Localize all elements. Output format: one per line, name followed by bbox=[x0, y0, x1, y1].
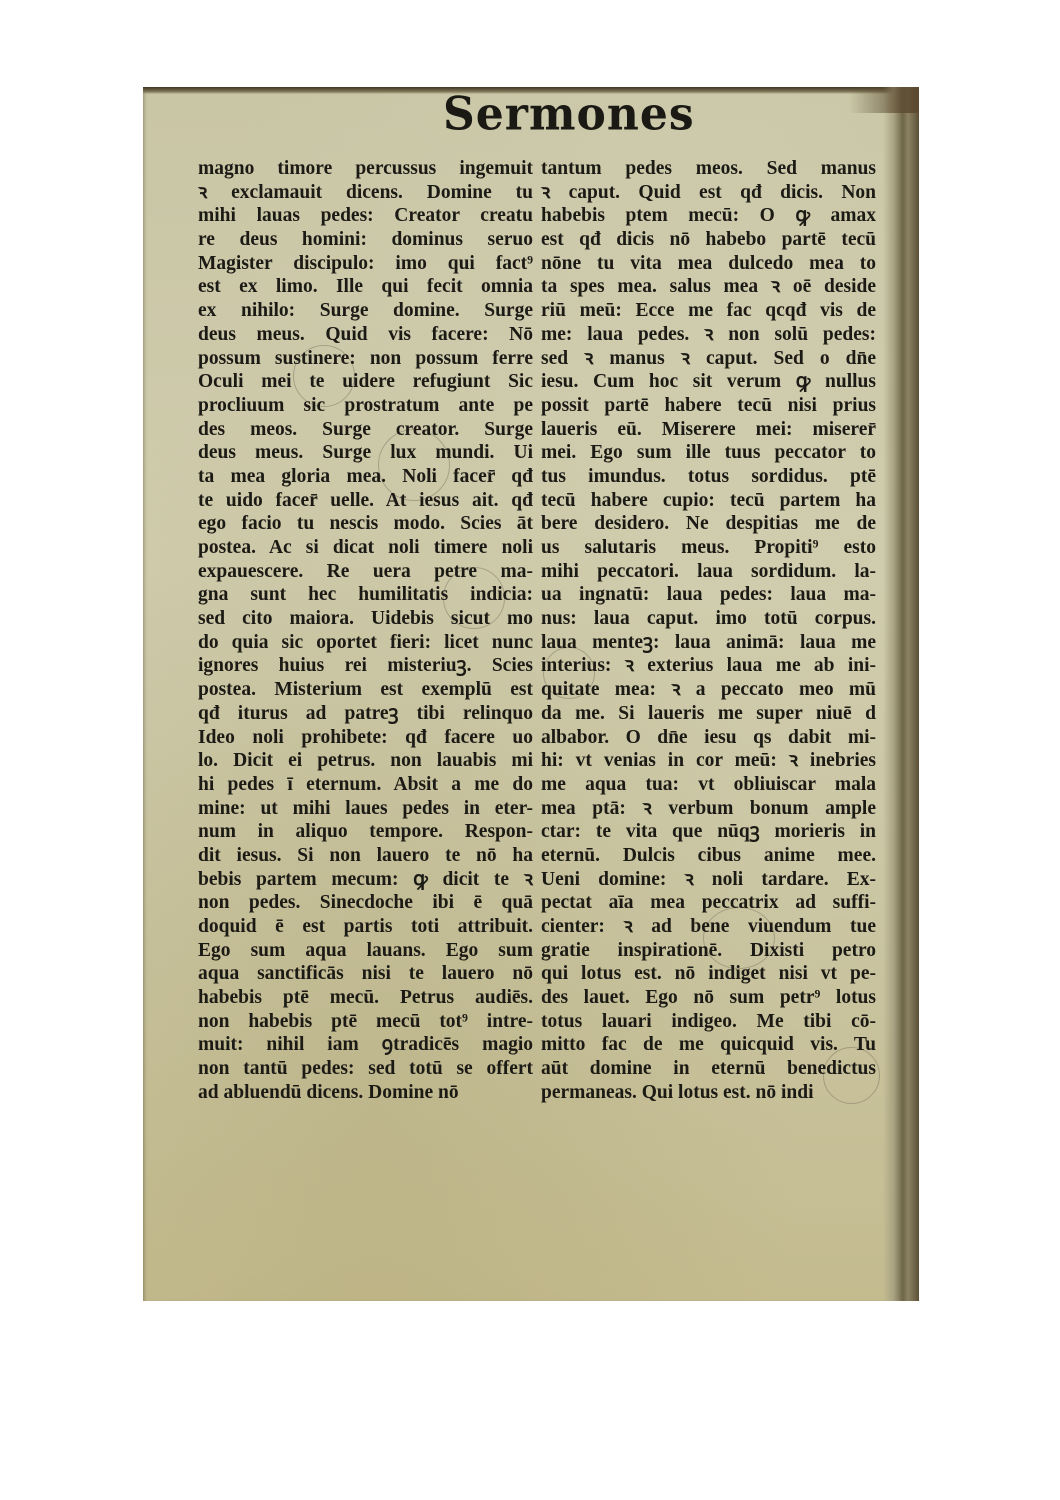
text-line: des meos. Surge creator. Surge bbox=[198, 418, 533, 442]
text-line: laueris eū. Miserere mei: miserer̄ bbox=[541, 418, 876, 442]
text-line: do quia sic oportet fieri: licet nunc bbox=[198, 631, 533, 655]
text-line: sed ꝛ manus ꝛ caput. Sed o dn̄e bbox=[541, 347, 876, 371]
text-line: nōne tu vita mea dulcedo mea to bbox=[541, 252, 876, 276]
text-line: Ego sum aqua lauans. Ego sum bbox=[198, 939, 533, 963]
text-line: aqua sanctificās nisi te lauero nō bbox=[198, 962, 533, 986]
text-line: me aqua tua: vt obliuiscar mala bbox=[541, 773, 876, 797]
text-line: gratie inspirationē. Dixisti petro bbox=[541, 939, 876, 963]
text-line: mitto fac de me quicquid vis. Tu bbox=[541, 1033, 876, 1057]
text-line: permaneas. Qui lotus est. nō indi bbox=[541, 1081, 876, 1105]
text-line: cienter: ꝛ ad bene viuendum tue bbox=[541, 915, 876, 939]
text-line: non pedes. Sinecdoche ibi ē quā bbox=[198, 891, 533, 915]
text-line: non tantū pedes: sed totū se offert bbox=[198, 1057, 533, 1081]
text-line: ua ingnatū: laua pedes: laua ma- bbox=[541, 583, 876, 607]
text-line: mine: ut mihi laues pedes in eter- bbox=[198, 797, 533, 821]
text-line: qui lotus est. nō indiget nisi vt pe- bbox=[541, 962, 876, 986]
text-line: doquid ē est partis toti attribuit. bbox=[198, 915, 533, 939]
text-line: possum sustinere: non possum ferre bbox=[198, 347, 533, 371]
text-line: muit: nihil iam ꝯtradicēs magio bbox=[198, 1033, 533, 1057]
text-column-left: magno timore percussus ingemuit ꝛ exclam… bbox=[198, 157, 533, 1105]
text-line: ꝛ caput. Quid est qđ dicis. Non bbox=[541, 181, 876, 205]
text-line: deus meus. Quid vis facere: Nō bbox=[198, 323, 533, 347]
text-line: interius: ꝛ exterius laua me ab ini- bbox=[541, 654, 876, 678]
text-line: re deus homini: dominus seruo bbox=[198, 228, 533, 252]
text-line: mihi peccatori. laua sordidum. la- bbox=[541, 560, 876, 584]
text-line: hi pedes ī eternum. Absit a me do bbox=[198, 773, 533, 797]
text-line: ad abluendū dicens. Domine nō bbox=[198, 1081, 533, 1105]
text-line: lo. Dicit ei petrus. non lauabis mi bbox=[198, 749, 533, 773]
text-line: ꝛ exclamauit dicens. Domine tu bbox=[198, 181, 533, 205]
text-line: habebis ptem mecū: O ꝙ amax bbox=[541, 204, 876, 228]
text-line: riū meū: Ecce me fac qcqđ vis de bbox=[541, 299, 876, 323]
text-column-right: tantum pedes meos. Sed manus ꝛ caput. Qu… bbox=[541, 157, 876, 1105]
text-line: Oculi mei te uidere refugiunt Sic bbox=[198, 370, 533, 394]
text-line: est ex limo. Ille qui fecit omnia bbox=[198, 275, 533, 299]
text-line: procliuum sic prostratum ante pe bbox=[198, 394, 533, 418]
text-line: habebis ptē mecū. Petrus audiēs. bbox=[198, 986, 533, 1010]
text-line: mea ptā: ꝛ verbum bonum ample bbox=[541, 797, 876, 821]
text-line: eternū. Dulcis cibus anime mee. bbox=[541, 844, 876, 868]
text-line: te uido facer̄ uelle. At iesus ait. qđ bbox=[198, 489, 533, 513]
text-line: tantum pedes meos. Sed manus bbox=[541, 157, 876, 181]
text-line: des lauet. Ego nō sum petr⁹ lotus bbox=[541, 986, 876, 1010]
text-line: hi: vt venias in cor meū: ꝛ inebries bbox=[541, 749, 876, 773]
page-gutter-edge bbox=[883, 87, 919, 1301]
running-head: Sermones bbox=[443, 88, 673, 142]
text-line: Ideo noli prohibete: qđ facere uo bbox=[198, 726, 533, 750]
text-line: postea. Ac si dicat noli timere noli bbox=[198, 536, 533, 560]
text-line: ta spes mea. salus mea ꝛ oē deside bbox=[541, 275, 876, 299]
text-line: us salutaris meus. Propiti⁹ esto bbox=[541, 536, 876, 560]
text-line: pectat aīa mea peccatrix ad suffi- bbox=[541, 891, 876, 915]
text-line: totus lauari indigeo. Me tibi cō- bbox=[541, 1010, 876, 1034]
text-line: gna sunt hec humilitatis indicia: bbox=[198, 583, 533, 607]
text-line: laua menteꝫ: laua animā: laua me bbox=[541, 631, 876, 655]
text-line: da me. Si laueris me super niuē d bbox=[541, 702, 876, 726]
text-line: ex nihilo: Surge domine. Surge bbox=[198, 299, 533, 323]
text-line: Ueni domine: ꝛ noli tardare. Ex- bbox=[541, 868, 876, 892]
text-line: non habebis ptē mecū tot⁹ intre- bbox=[198, 1010, 533, 1034]
text-line: iesu. Cum hoc sit verum ꝙ nullus bbox=[541, 370, 876, 394]
text-line: mei. Ego sum ille tuus peccator to bbox=[541, 441, 876, 465]
text-line: ta mea gloria mea. Noli facer̄ qđ bbox=[198, 465, 533, 489]
text-line: ego facio tu nescis modo. Scies āt bbox=[198, 512, 533, 536]
text-line: me: laua pedes. ꝛ non solū pedes: bbox=[541, 323, 876, 347]
page-corner-shadow bbox=[849, 87, 919, 113]
text-line: deus meus. Surge lux mundi. Ui bbox=[198, 441, 533, 465]
text-line: est qđ dicis nō habebo partē tecū bbox=[541, 228, 876, 252]
text-line: expauescere. Re uera petre ma- bbox=[198, 560, 533, 584]
text-line: num in aliquo tempore. Respon- bbox=[198, 820, 533, 844]
text-line: dit iesus. Si non lauero te nō ha bbox=[198, 844, 533, 868]
text-line: nus: laua caput. imo totū corpus. bbox=[541, 607, 876, 631]
text-line: Magister discipulo: imo qui fact⁹ bbox=[198, 252, 533, 276]
text-line: postea. Misterium est exemplū est bbox=[198, 678, 533, 702]
text-line: sed cito maiora. Uidebis sicut mo bbox=[198, 607, 533, 631]
text-line: aūt domine in eternū benedictus bbox=[541, 1057, 876, 1081]
scanned-page: Sermones magno timore percussus ingemuit… bbox=[143, 87, 919, 1301]
text-line: ctar: te vita que nūqꝫ morieris in bbox=[541, 820, 876, 844]
text-line: possit partē habere tecū nisi prius bbox=[541, 394, 876, 418]
text-line: ignores huius rei misteriuꝫ. Scies bbox=[198, 654, 533, 678]
text-line: bebis partem mecum: ꝙ dicit te ꝛ bbox=[198, 868, 533, 892]
text-line: magno timore percussus ingemuit bbox=[198, 157, 533, 181]
text-line: quitate mea: ꝛ a peccato meo mū bbox=[541, 678, 876, 702]
text-line: tus imundus. totus sordidus. ptē bbox=[541, 465, 876, 489]
text-line: tecū habere cupio: tecū partem ha bbox=[541, 489, 876, 513]
text-line: albabor. O dn̄e iesu qs dabit mi- bbox=[541, 726, 876, 750]
text-line: bere desidero. Ne despitias me de bbox=[541, 512, 876, 536]
text-line: mihi lauas pedes: Creator creatu bbox=[198, 204, 533, 228]
text-line: qđ iturus ad patreꝫ tibi relinquo bbox=[198, 702, 533, 726]
